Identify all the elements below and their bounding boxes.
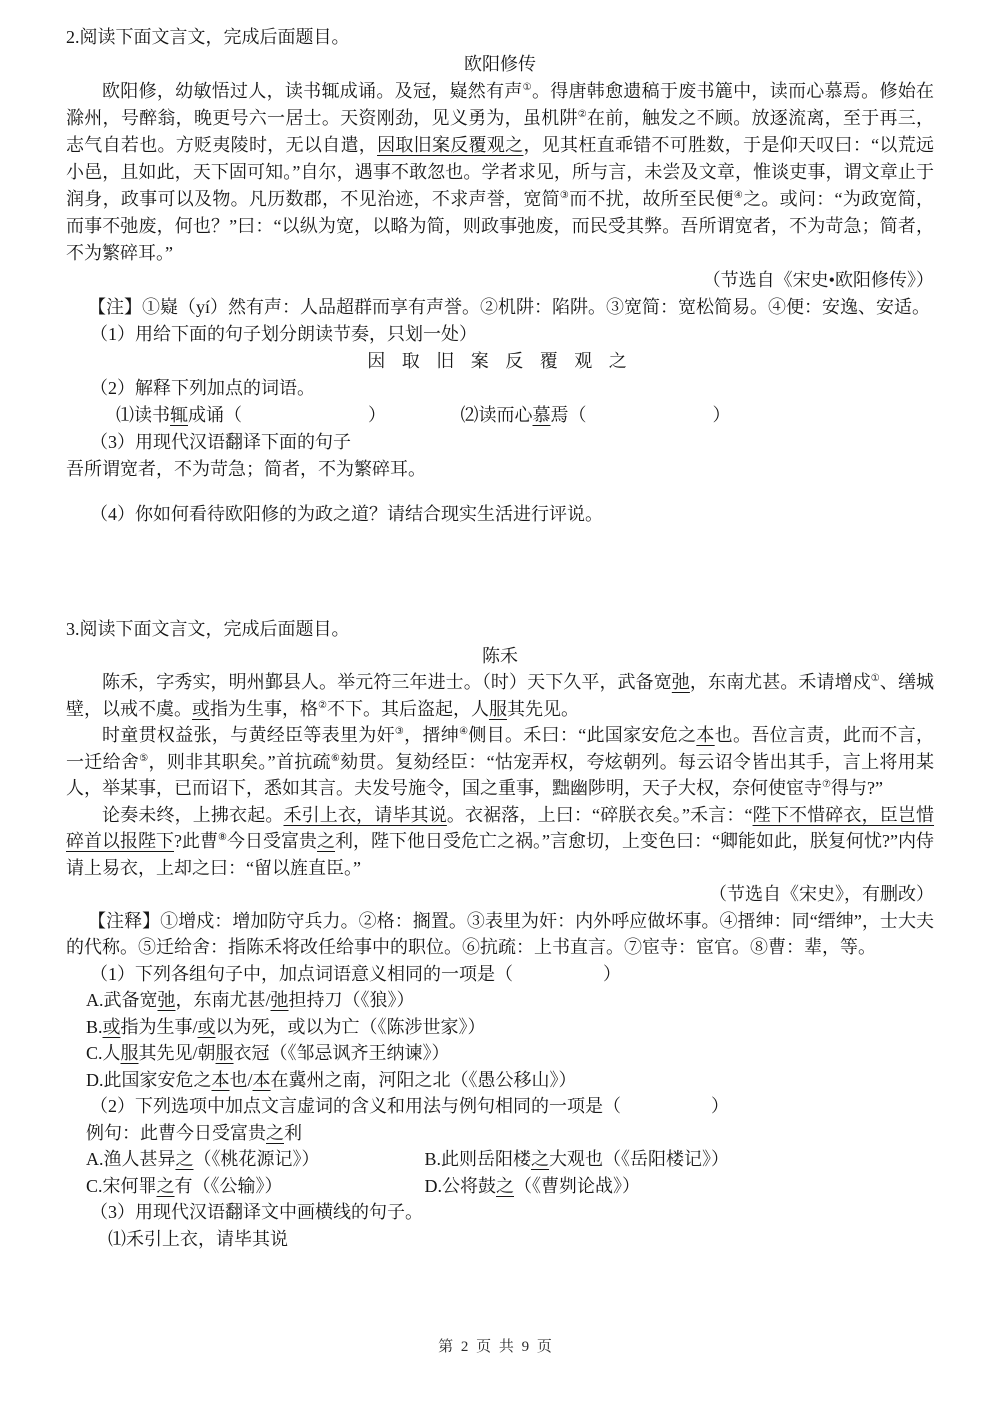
passage-1-title: 欧阳修传 (66, 51, 934, 78)
passage-2-paragraph-3: 论奏未终，上拂衣起。禾引上衣，请毕其说。衣裾落，上曰：“碎朕衣矣。”禾言：“陛下… (66, 802, 934, 882)
section-3-prompt: 3.阅读下面文言文，完成后面题目。 (66, 616, 934, 643)
passage-2-source: （节选自《宋史》，有删改） (66, 881, 934, 908)
question-3-2: （2）下列选项中加点文言虚词的含义和用法与例句相同的一项是（ ） (90, 1093, 934, 1120)
question-2-1-sentence: 因 取 旧 案 反 覆 观 之 (66, 348, 934, 375)
passage-2-notes: 【注释】①增戍：增加防守兵力。②格：搁置。③表里为奸：内外呼应做坏事。④搢绅：同… (66, 908, 934, 961)
question-3-2-option-d: D.公将鼓之（《曹刿论战》） (425, 1176, 641, 1196)
question-3-2-option-b: B.此则岳阳楼之大观也（《岳阳楼记》） (425, 1149, 730, 1169)
passage-2-paragraph-2: 时童贯权益张，与黄经臣等表里为奸③，搢绅④侧目。禾曰：“此国家安危之本也。吾位言… (66, 722, 934, 802)
section-2-prompt: 2.阅读下面文言文，完成后面题目。 (66, 24, 934, 51)
question-3-2-options-row-1: A.渔人甚异之（《桃花源记》） B.此则岳阳楼之大观也（《岳阳楼记》） (86, 1146, 934, 1173)
question-2-2-item-1: ⑴读书辄成诵（ ） (116, 405, 386, 425)
question-3-2-option-c: C.宋何罪之有（《公输》） (86, 1173, 420, 1200)
question-2-3: （3）用现代汉语翻译下面的句子 (90, 429, 934, 456)
page-footer: 第 2 页 共 9 页 (0, 1334, 992, 1361)
passage-2-paragraph-1: 陈禾，字秀实，明州鄞县人。举元符三年进士。（时）天下久平，武备宽弛，东南尤甚。禾… (66, 669, 934, 722)
question-3-2-option-a: A.渔人甚异之（《桃花源记》） (86, 1146, 420, 1173)
question-2-4: （4）你如何看待欧阳修的为政之道？请结合现实生活进行评说。 (90, 501, 934, 528)
question-3-1-option-a: A.武备宽弛，东南尤甚/弛担持刀（《狼》） (86, 987, 934, 1014)
section-question-3: 3.阅读下面文言文，完成后面题目。 陈禾 陈禾，字秀实，明州鄞县人。举元符三年进… (66, 616, 934, 1252)
passage-1-text: 欧阳修，幼敏悟过人，读书辄成诵。及冠，嶷然有声①。得唐韩愈遗稿于废书簏中，读而心… (66, 78, 934, 267)
document-page: 2.阅读下面文言文，完成后面题目。 欧阳修传 欧阳修，幼敏悟过人，读书辄成诵。及… (0, 0, 992, 1403)
question-2-3-sentence: 吾所谓宽者，不为苛急；简者，不为繁碎耳。 (66, 456, 934, 483)
question-3-1-option-b: B.或指为生事/或以为死，或以为亡（《陈涉世家》） (86, 1014, 934, 1041)
question-2-2: （2）解释下列加点的词语。 (90, 375, 934, 402)
passage-2-title: 陈禾 (66, 643, 934, 670)
question-3-3-sub-1: ⑴禾引上衣，请毕其说 (108, 1226, 934, 1253)
question-3-1-option-c: C.人服其先见/朝服衣冠（《邹忌讽齐王纳谏》） (86, 1040, 934, 1067)
question-3-1-option-d: D.此国家安危之本也/本在冀州之南，河阳之北（《愚公移山》） (86, 1067, 934, 1094)
question-2-1: （1）用给下面的句子划分朗读节奏，只划一处） (90, 321, 934, 348)
passage-1-source: （节选自《宋史•欧阳修传》） (66, 267, 934, 294)
question-2-2-item-2: ⑵读而心慕焉（ ） (461, 405, 731, 425)
question-3-2-example: 例句：此曹今日受富贵之利 (86, 1120, 934, 1147)
section-question-2: 2.阅读下面文言文，完成后面题目。 欧阳修传 欧阳修，幼敏悟过人，读书辄成诵。及… (66, 24, 934, 528)
question-3-3: （3）用现代汉语翻译文中画横线的句子。 (90, 1199, 934, 1226)
question-3-1: （1）下列各组句子中，加点词语意义相同的一项是（ ） (90, 961, 934, 988)
passage-1-notes: 【注】①嶷（yí）然有声：人品超群而享有声誉。②机阱：陷阱。③宽简：宽松简易。④… (66, 294, 934, 321)
question-2-2-items: ⑴读书辄成诵（ ） ⑵读而心慕焉（ ） (116, 402, 934, 429)
question-3-2-options-row-2: C.宋何罪之有（《公输》） D.公将鼓之（《曹刿论战》） (86, 1173, 934, 1200)
